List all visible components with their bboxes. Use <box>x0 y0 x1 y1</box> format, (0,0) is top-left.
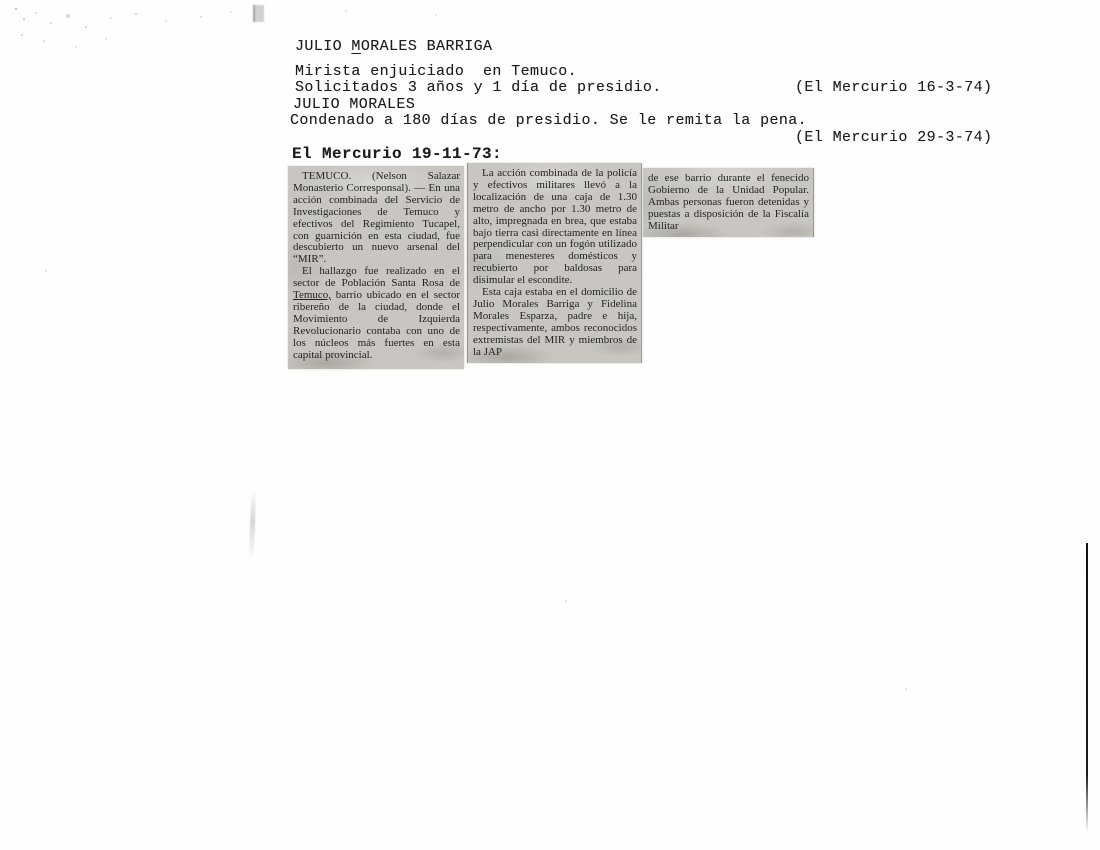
clipping-paragraph: TEMUCO. (Nelson Salazar Monasterio Corre… <box>293 171 460 266</box>
scan-smudge-top <box>253 5 264 22</box>
typed-name-post: ORALES BARRIGA <box>361 38 493 55</box>
clipping-source-heading: El Mercurio 19-11-73: <box>292 145 502 163</box>
source-reference-2: (El Mercurio 29-3-74) <box>795 129 992 146</box>
typed-caption-3: Condenado a 180 días de presidio. Se le … <box>290 112 807 129</box>
source-reference-1: (El Mercurio 16-3-74) <box>795 79 992 96</box>
typed-caption-1: Mirista enjuiciado en Temuco. <box>295 63 577 80</box>
clipping-paragraph: Esta caja estaba en el domicilio de Juli… <box>473 287 637 358</box>
news-clipping-column-1: TEMUCO. (Nelson Salazar Monasterio Corre… <box>288 166 464 369</box>
typed-subject-name-2: JULIO MORALES <box>293 96 415 113</box>
clipping-text: El hallazgo fue realizado en el sector d… <box>293 265 460 289</box>
typed-subject-name: JULIO MORALES BARRIGA <box>295 38 492 55</box>
typed-name-pre: JULIO <box>295 38 351 55</box>
typed-caption-2: Solicitados 3 años y 1 día de presidio. <box>295 79 662 96</box>
clipping-paragraph: El hallazgo fue realizado en el sector d… <box>293 266 460 361</box>
page-edge-line <box>1086 543 1088 832</box>
news-clipping-column-2: La acción combinada de la policía y efec… <box>467 163 642 363</box>
scan-speckles <box>15 8 17 10</box>
scan-smudge-left <box>249 490 256 560</box>
clipping-paragraph: de ese barrio durante el fenecido Gobier… <box>648 173 809 233</box>
news-clipping-column-3: de ese barrio durante el fenecido Gobier… <box>643 168 814 237</box>
typed-name-underlined: M <box>351 38 360 55</box>
clipping-underlined-text: Temuco, <box>293 289 331 301</box>
clipping-paragraph: La acción combinada de la policía y efec… <box>473 168 637 287</box>
